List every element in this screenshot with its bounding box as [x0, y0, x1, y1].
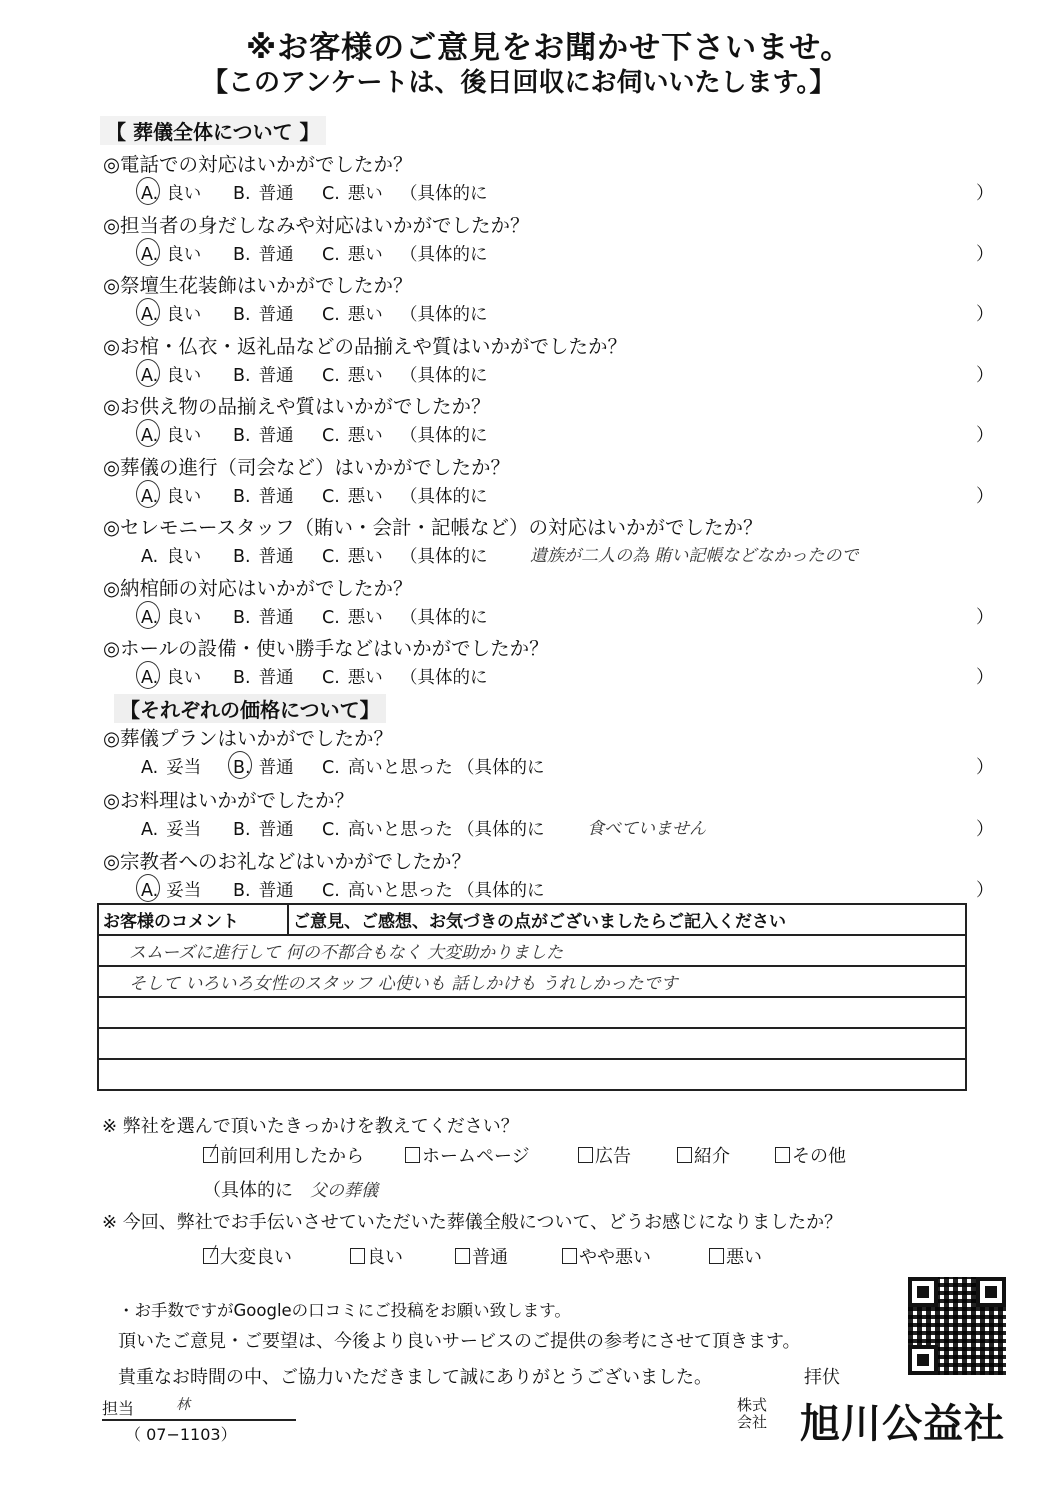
option-letter: B. [233, 487, 251, 507]
option-label: 良い [166, 305, 201, 325]
question-text: ◎担当者の身だしなみや対応はいかがでしたか？ [103, 210, 530, 238]
option-label: 普通 [259, 426, 294, 446]
checkbox-icon[interactable] [562, 1248, 577, 1264]
reason-option-label: 前回利用したから [220, 1146, 364, 1167]
detail-label: （具体的に [400, 241, 488, 266]
qr-finder-icon [908, 1345, 938, 1375]
option-letter: C. [322, 305, 340, 325]
checkbox-icon[interactable] [578, 1147, 593, 1163]
answer-option-a[interactable]: A.妥当 [141, 877, 201, 902]
closing-paren: ） [976, 603, 994, 629]
comment-line-2[interactable]: そして いろいろ女性のスタッフ 心使いも 話しかけも うれしかったです [98, 966, 966, 997]
answer-option-b[interactable]: B.普通 [233, 604, 294, 629]
survey-subtitle: 【このアンケートは、後日回収にお伺いいたします。】 [202, 62, 835, 99]
staff-label: 担当 [102, 1396, 134, 1419]
option-letter: A. [141, 547, 158, 567]
closing-paren: ） [976, 482, 994, 508]
option-label: 普通 [259, 245, 294, 265]
checkbox-icon[interactable] [677, 1147, 692, 1163]
reason-option-other[interactable]: その他 [775, 1142, 846, 1168]
answer-option-c[interactable]: C.悪い [322, 483, 383, 508]
option-label: 悪い [348, 547, 383, 567]
answer-option-c[interactable]: C.悪い [322, 604, 383, 629]
question-text: ◎納棺師の対応はいかがでしたか？ [103, 573, 413, 601]
option-label: 普通 [259, 758, 294, 778]
option-label: 良い [166, 487, 201, 507]
question-text: ◎お料理はいかがでしたか？ [103, 785, 354, 813]
section-title-prices: 【それぞれの価格について】 [114, 694, 386, 723]
reason-option-referral[interactable]: 紹介 [677, 1142, 730, 1168]
option-label: 高いと思った [348, 881, 453, 901]
option-letter: C. [322, 668, 340, 688]
option-letter: C. [322, 366, 340, 386]
reason-option-ad[interactable]: 広告 [578, 1142, 631, 1168]
staff-underline [102, 1419, 296, 1421]
option-letter: C. [322, 881, 340, 901]
option-label: 悪い [348, 426, 383, 446]
option-letter: A. [141, 820, 158, 840]
option-label: 妥当 [166, 758, 201, 778]
closing-paren: ） [976, 240, 994, 266]
answer-option-c[interactable]: C.悪い [322, 362, 383, 387]
company-name: 旭川公益社 [800, 1392, 1005, 1449]
option-letter: C. [322, 547, 340, 567]
answer-option-b[interactable]: B.普通 [233, 301, 294, 326]
overall-option-average[interactable]: 普通 [455, 1243, 508, 1269]
option-letter: B. [233, 608, 251, 628]
option-label: 悪い [348, 245, 383, 265]
detail-comment[interactable]: 遺族が二人の為 賄い記帳などなかったので [530, 541, 858, 566]
comment-line-4[interactable] [98, 1028, 966, 1059]
option-letter: B. [233, 184, 251, 204]
answer-option-c[interactable]: C.悪い [322, 543, 383, 568]
qr-finder-icon [976, 1277, 1006, 1307]
answer-option-b[interactable]: B.普通 [233, 816, 294, 841]
question-text: ◎宗教者へのお礼などはいかがでしたか？ [103, 846, 471, 874]
question-text: ◎電話での対応はいかがでしたか？ [103, 149, 413, 177]
option-label: 普通 [259, 487, 294, 507]
question-text: ◎お棺・仏衣・返礼品などの品揃えや質はいかがでしたか？ [103, 331, 627, 359]
answer-option-c[interactable]: C.高いと思った [322, 877, 453, 902]
reason-detail-label: （具体的に [203, 1176, 293, 1202]
selected-circle-icon [228, 751, 252, 779]
detail-label: （具体的に [400, 604, 488, 629]
reason-option-label: ホームページ [422, 1146, 530, 1167]
overall-option-bad[interactable]: 悪い [709, 1243, 762, 1269]
overall-option-somewhat-bad[interactable]: やや悪い [562, 1243, 651, 1269]
staff-code: （ 07−1103） [125, 1422, 237, 1445]
option-label: 普通 [259, 608, 294, 628]
answer-option-a[interactable]: A.良い [141, 422, 201, 447]
closing-paren: ） [976, 753, 994, 779]
answer-option-a[interactable]: A.良い [141, 362, 201, 387]
question-text: ◎お供え物の品揃えや質はいかがでしたか？ [103, 391, 491, 419]
option-label: 普通 [259, 366, 294, 386]
selected-circle-icon [136, 480, 160, 508]
closing-paren: ） [976, 300, 994, 326]
closing-paren: ） [976, 361, 994, 387]
closing-paren: ） [976, 815, 994, 841]
option-label: 高いと思った [348, 758, 453, 778]
option-letter: C. [322, 245, 340, 265]
answer-option-c[interactable]: C.悪い [322, 180, 383, 205]
option-label: 普通 [259, 668, 294, 688]
reason-option-homepage[interactable]: ホームページ [405, 1142, 530, 1168]
option-letter: C. [322, 608, 340, 628]
detail-label: （具体的に [400, 664, 488, 689]
closing-word: 拝伏 [804, 1363, 840, 1389]
detail-label: （具体的に [400, 422, 488, 447]
option-label: 悪い [348, 608, 383, 628]
detail-label: （具体的に [457, 754, 545, 779]
option-label: 普通 [259, 305, 294, 325]
option-label: 良い [166, 608, 201, 628]
detail-label: （具体的に [400, 483, 488, 508]
detail-label: （具体的に [457, 816, 545, 841]
footer-line-2: 貴重なお時間の中、ご協力いただきまして誠にありがとうございました。 [118, 1363, 712, 1389]
reason-question: ※ 弊社を選んで頂いたきっかけを教えてください？ [102, 1112, 519, 1138]
checkbox-icon[interactable] [455, 1248, 470, 1264]
option-label: 普通 [259, 881, 294, 901]
selected-circle-icon [136, 601, 160, 629]
option-letter: C. [322, 184, 340, 204]
selected-circle-icon [136, 419, 160, 447]
reason-option-previous[interactable]: 前回利用したから [203, 1142, 364, 1168]
answer-option-a[interactable]: A.良い [141, 301, 201, 326]
answer-option-a[interactable]: A.良い [141, 483, 201, 508]
option-label: 良い [166, 668, 201, 688]
option-label: 良い [166, 184, 201, 204]
answer-option-b[interactable]: B.普通 [233, 422, 294, 447]
qr-finder-icon [908, 1277, 938, 1307]
option-letter: B. [233, 881, 251, 901]
reason-option-label: その他 [792, 1146, 846, 1167]
answer-option-a[interactable]: A.良い [141, 543, 201, 568]
closing-paren: ） [976, 421, 994, 447]
answer-option-b[interactable]: B.普通 [233, 362, 294, 387]
answer-option-a[interactable]: A.妥当 [141, 816, 201, 841]
option-letter: B. [233, 820, 251, 840]
reason-option-label: 広告 [595, 1146, 631, 1167]
option-label: 悪い [348, 305, 383, 325]
option-letter: B. [233, 245, 251, 265]
checkbox-icon[interactable] [350, 1248, 365, 1264]
option-label: 良い [166, 366, 201, 386]
answer-option-b[interactable]: B.普通 [233, 877, 294, 902]
answer-option-b[interactable]: B.普通 [233, 664, 294, 689]
closing-paren: ） [976, 876, 994, 902]
option-letter: A. [141, 758, 158, 778]
question-text: ◎葬儀プランはいかがでしたか？ [103, 723, 393, 751]
selected-circle-icon [136, 661, 160, 689]
selected-circle-icon [136, 177, 160, 205]
option-letter: B. [233, 426, 251, 446]
option-letter: B. [233, 668, 251, 688]
option-label: 悪い [348, 184, 383, 204]
staff-name: 林 [176, 1394, 190, 1414]
answer-option-a[interactable]: A.良い [141, 664, 201, 689]
selected-circle-icon [136, 874, 160, 902]
answer-option-a[interactable]: A.妥当 [141, 754, 201, 779]
answer-option-c[interactable]: C.悪い [322, 241, 383, 266]
option-label: 悪い [348, 668, 383, 688]
option-letter: C. [322, 426, 340, 446]
footer-line-1: 頂いたご意見・ご要望は、今後より良いサービスのご提供の参考にさせて頂きます。 [118, 1327, 801, 1353]
overall-option-very-good[interactable]: 大変良い [203, 1243, 292, 1269]
selected-circle-icon [136, 238, 160, 266]
question-text: ◎ホールの設備・使い勝手などはいかがでしたか？ [103, 633, 549, 661]
answer-option-b[interactable]: B.普通 [233, 241, 294, 266]
answer-option-b[interactable]: B.普通 [233, 483, 294, 508]
detail-label: （具体的に [400, 301, 488, 326]
option-label: 良い [166, 547, 201, 567]
reason-detail-value[interactable]: 父の葬儀 [310, 1176, 378, 1201]
company-prefix: 株式会社 [737, 1397, 777, 1431]
answer-option-b[interactable]: B.普通 [233, 180, 294, 205]
comment-header-prompt: ご意見、ご感想、お気づきの点がございましたらご記入ください [288, 904, 966, 935]
question-text: ◎祭壇生花装飾はいかがでしたか？ [103, 270, 413, 298]
option-label: 普通 [259, 184, 294, 204]
comment-table: お客様のコメント ご意見、ご感想、お気づきの点がございましたらご記入ください ス… [97, 903, 967, 1091]
option-label: 良い [166, 426, 201, 446]
closing-paren: ） [976, 663, 994, 689]
option-label: 妥当 [166, 820, 201, 840]
detail-label: （具体的に [400, 362, 488, 387]
option-label: 普通 [259, 547, 294, 567]
option-label: 悪い [348, 487, 383, 507]
option-label: 妥当 [166, 881, 201, 901]
comment-line-1[interactable]: スムーズに進行して 何の不都合もなく 大変助かりました [98, 935, 966, 966]
answer-option-b[interactable]: B.普通 [233, 543, 294, 568]
checkbox-checked-icon[interactable] [203, 1147, 218, 1163]
comment-line-3[interactable] [98, 997, 966, 1028]
survey-title: ※お客様のご意見をお聞かせ下さいませ。 [246, 22, 852, 67]
detail-label: （具体的に [400, 180, 488, 205]
detail-comment[interactable]: 食べていません [587, 814, 706, 839]
answer-option-c[interactable]: C.悪い [322, 664, 383, 689]
section-title-funeral-overall: 【 葬儀全体について 】 [100, 116, 326, 145]
answer-option-a[interactable]: A.良い [141, 604, 201, 629]
comment-header-label: お客様のコメント [98, 904, 288, 935]
option-letter: C. [322, 758, 340, 778]
comment-line-5[interactable] [98, 1059, 966, 1090]
option-label: 普通 [259, 820, 294, 840]
option-letter: B. [233, 547, 251, 567]
answer-option-c[interactable]: C.悪い [322, 301, 383, 326]
overall-option-good[interactable]: 良い [350, 1243, 403, 1269]
option-letter: B. [233, 305, 251, 325]
checkbox-icon[interactable] [709, 1248, 724, 1264]
overall-option-label: 普通 [472, 1247, 508, 1268]
detail-label: （具体的に [400, 543, 488, 568]
selected-circle-icon [136, 359, 160, 387]
google-review-note: ・お手数ですがGoogleの口コミにご投稿をお願い致します。 [118, 1297, 571, 1321]
question-text: ◎セレモニースタッフ（賄い・会計・記帳など）の対応はいかがでしたか？ [103, 512, 763, 540]
answer-option-a[interactable]: A.良い [141, 241, 201, 266]
checkbox-icon[interactable] [405, 1147, 420, 1163]
reason-option-label: 紹介 [694, 1146, 730, 1167]
option-label: 良い [166, 245, 201, 265]
answer-option-a[interactable]: A.良い [141, 180, 201, 205]
selected-circle-icon [136, 298, 160, 326]
option-letter: C. [322, 487, 340, 507]
overall-option-label: 大変良い [220, 1247, 292, 1268]
qr-code-icon[interactable] [908, 1277, 1006, 1375]
overall-option-label: 悪い [726, 1247, 762, 1268]
option-letter: C. [322, 820, 340, 840]
option-letter: B. [233, 366, 251, 386]
overall-option-label: やや悪い [579, 1247, 651, 1268]
overall-option-label: 良い [367, 1247, 403, 1268]
overall-question: ※ 今回、弊社でお手伝いさせていただいた葬儀全般について、どうお感じになりました… [102, 1208, 842, 1234]
closing-paren: ） [976, 179, 994, 205]
option-label: 悪い [348, 366, 383, 386]
detail-label: （具体的に [457, 877, 545, 902]
answer-option-c[interactable]: C.高いと思った [322, 754, 453, 779]
checkbox-checked-icon[interactable] [203, 1248, 218, 1264]
answer-option-b[interactable]: B.普通 [233, 754, 294, 779]
question-text: ◎葬儀の進行（司会など）はいかがでしたか？ [103, 452, 510, 480]
answer-option-c[interactable]: C.悪い [322, 422, 383, 447]
checkbox-icon[interactable] [775, 1147, 790, 1163]
answer-option-c[interactable]: C.高いと思った [322, 816, 453, 841]
option-label: 高いと思った [348, 820, 453, 840]
